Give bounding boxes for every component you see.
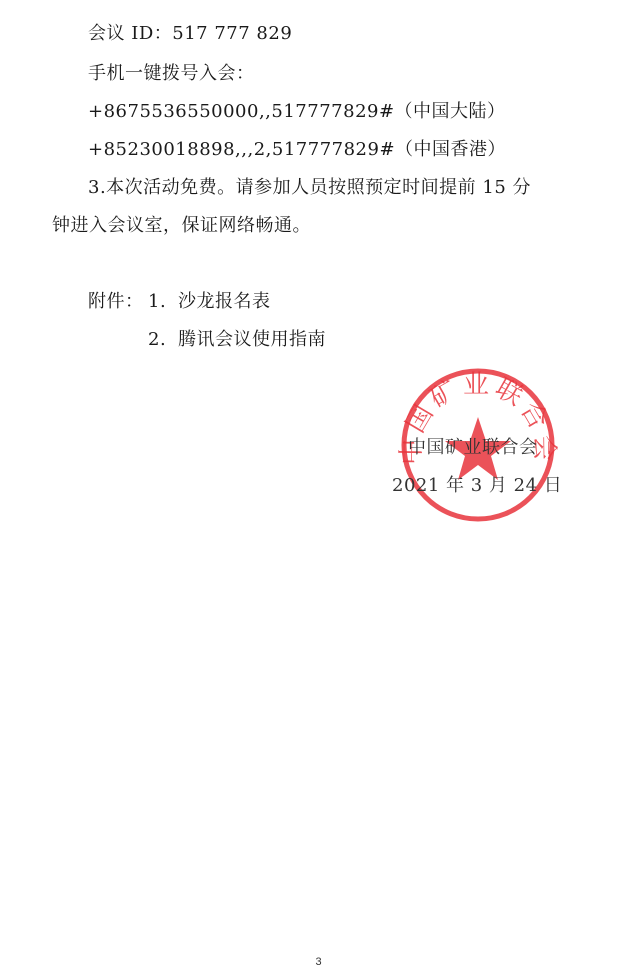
dial-mainland: +8675536550000,,517777829#（中国大陆）	[88, 100, 506, 124]
page-number: 3	[0, 956, 637, 968]
dial-label: 手机一键拨号入会：	[88, 62, 255, 86]
attachment-2-title: 腾讯会议使用指南	[178, 328, 326, 352]
attachments-label: 附件：	[88, 290, 144, 314]
meeting-id: 会议 ID：517 777 829	[88, 22, 292, 46]
attachment-1-number: 1.	[148, 290, 166, 314]
item3-line1: 3.本次活动免费。请参加人员按照预定时间提前 15 分	[88, 176, 531, 200]
attachment-2-number: 2.	[148, 328, 166, 352]
signing-date: 2021 年 3 月 24 日	[392, 474, 562, 498]
dial-hongkong: +85230018898,,,2,517777829#（中国香港）	[88, 138, 506, 162]
signing-organization: 中国矿业联合会	[408, 436, 538, 460]
item3-line2: 钟进入会议室，保证网络畅通。	[52, 214, 311, 238]
attachment-1-title: 沙龙报名表	[178, 290, 271, 314]
